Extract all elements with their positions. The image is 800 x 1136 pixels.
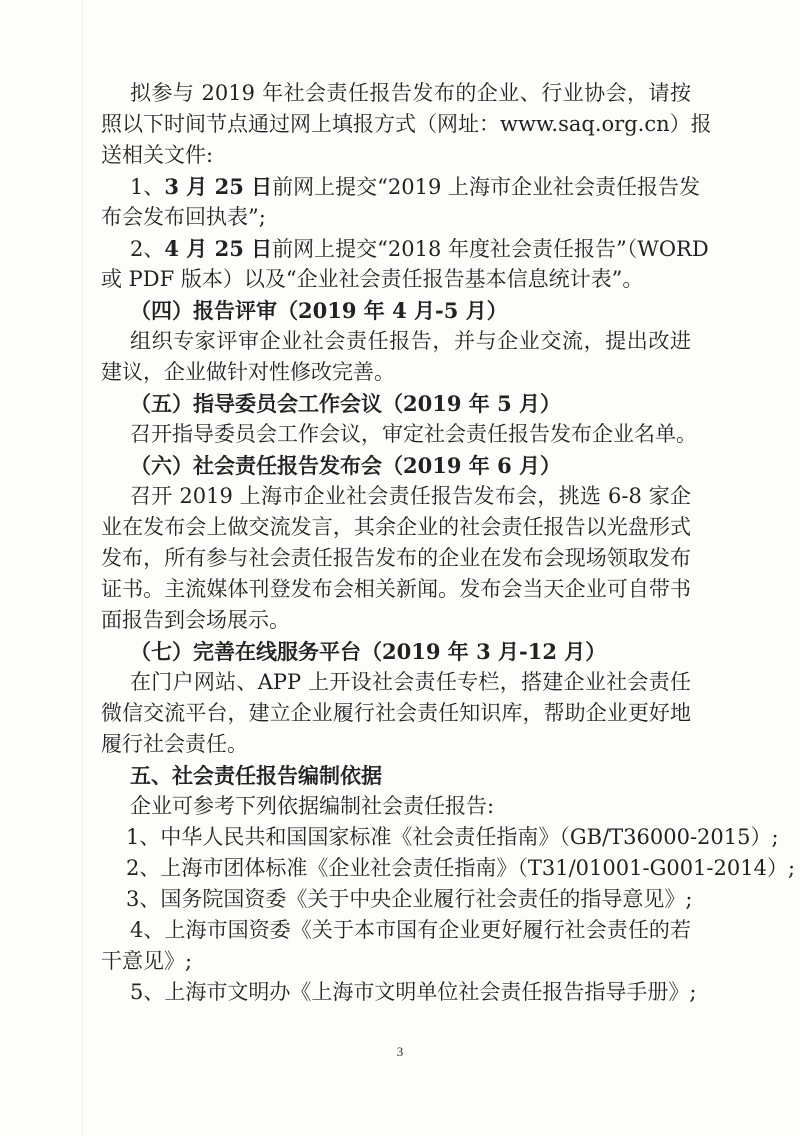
intro-line-1: 拟参与 2019 年社会责任报告发布的企业、行业协会，请按 bbox=[130, 78, 691, 109]
item-text: 前网上提交“2019 上海市企业社会责任报告发 bbox=[272, 175, 700, 199]
submission-item-1: 1、3 月 25 日前网上提交“2019 上海市企业社会责任报告发 bbox=[130, 171, 691, 202]
item-deadline: 4 月 25 日 bbox=[164, 236, 272, 261]
reference-item-1: 1、中华人民共和国国家标准《社会责任指南》（GB/T36000-2015）; bbox=[126, 822, 687, 853]
reference-item-3: 3、国务院国资委《关于中央企业履行社会责任的指导意见》; bbox=[126, 884, 687, 915]
submission-item-2-cont: 或 PDF 版本）以及“企业社会责任报告基本信息统计表”。 bbox=[101, 264, 691, 295]
submission-item-2: 2、4 月 25 日前网上提交“2018 年度社会责任报告”（WORD bbox=[130, 233, 691, 264]
reference-item-4: 4、上海市国资委《关于本市国有企业更好履行社会责任的若 bbox=[130, 915, 691, 946]
section-6-line-1: 召开 2019 上海市企业社会责任报告发布会，挑选 6-8 家企 bbox=[130, 481, 691, 512]
section-7-line-3: 履行社会责任。 bbox=[101, 729, 691, 760]
item-deadline: 3 月 25 日 bbox=[164, 174, 272, 199]
item-prefix: 1、 bbox=[130, 175, 164, 199]
page-number: 3 bbox=[0, 1044, 800, 1060]
section-7-line-1: 在门户网站、APP 上开设社会责任专栏，搭建企业社会责任 bbox=[130, 667, 691, 698]
section-6-line-4: 证书。主流媒体刊登发布会相关新闻。发布会当天企业可自带书 bbox=[101, 574, 691, 605]
intro-line-2: 照以下时间节点通过网上填报方式（网址：www.saq.org.cn）报 bbox=[101, 109, 691, 140]
section-7-line-2: 微信交流平台，建立企业履行社会责任知识库，帮助企业更好地 bbox=[101, 698, 691, 729]
section-4-line-1: 组织专家评审企业社会责任报告，并与企业交流，提出改进 bbox=[130, 326, 691, 357]
section-6-heading: （六）社会责任报告发布会（2019 年 6 月） bbox=[130, 450, 691, 481]
section-4-heading: （四）报告评审（2019 年 4 月-5 月） bbox=[130, 295, 691, 326]
reference-item-4-cont: 干意见》; bbox=[101, 946, 691, 977]
item-text: 前网上提交“2018 年度社会责任报告”（WORD bbox=[272, 237, 709, 261]
section-7-heading: （七）完善在线服务平台（2019 年 3 月-12 月） bbox=[130, 636, 691, 667]
section-4-line-2: 建议，企业做针对性修改完善。 bbox=[101, 357, 691, 388]
section-5-line-1: 召开指导委员会工作会议，审定社会责任报告发布企业名单。 bbox=[130, 419, 691, 450]
reference-item-5: 5、上海市文明办《上海市文明单位社会责任报告指导手册》; bbox=[130, 977, 691, 1008]
scan-edge-shadow bbox=[82, 0, 83, 1136]
chapter-5-intro: 企业可参考下列依据编制社会责任报告: bbox=[130, 791, 691, 822]
intro-line-3: 送相关文件: bbox=[101, 140, 691, 171]
section-6-line-3: 发布，所有参与社会责任报告发布的企业在发布会现场领取发布 bbox=[101, 543, 691, 574]
document-page: 拟参与 2019 年社会责任报告发布的企业、行业协会，请按 照以下时间节点通过网… bbox=[0, 0, 800, 1136]
reference-item-2: 2、上海市团体标准《企业社会责任指南》（T31/01001-G001-2014）… bbox=[126, 853, 687, 884]
chapter-5-heading: 五、社会责任报告编制依据 bbox=[130, 760, 691, 791]
section-6-line-5: 面报告到会场展示。 bbox=[101, 605, 691, 636]
submission-item-1-cont: 布会发布回执表”; bbox=[101, 202, 691, 233]
item-prefix: 2、 bbox=[130, 237, 164, 261]
section-5-heading: （五）指导委员会工作会议（2019 年 5 月） bbox=[130, 388, 691, 419]
section-6-line-2: 业在发布会上做交流发言，其余企业的社会责任报告以光盘形式 bbox=[101, 512, 691, 543]
